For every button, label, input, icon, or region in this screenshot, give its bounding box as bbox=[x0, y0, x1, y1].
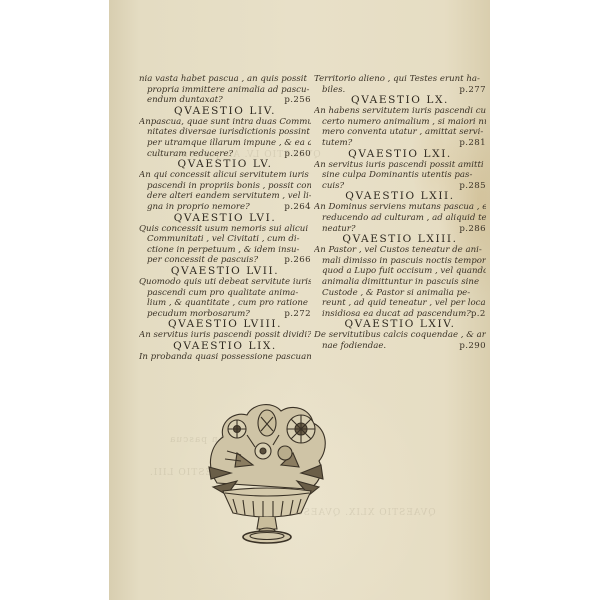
page-reference: p.256 bbox=[284, 95, 311, 106]
entry-text-last: nae fodiendae. p.290 bbox=[314, 341, 486, 352]
flower-vase-woodcut-icon bbox=[197, 395, 337, 545]
index-entry: QVAESTIO LVI. Quis concessit usum nemori… bbox=[139, 213, 311, 266]
quaestio-heading: QVAESTIO LXIII. bbox=[314, 234, 486, 245]
index-entry: QVAESTIO LX. An habens servitutem iuris … bbox=[314, 95, 486, 148]
index-entry: QVAESTIO LVIII. An servitus iuris pascen… bbox=[139, 319, 311, 341]
index-entry: QVAESTIO LVII. Quomodo quis uti debeat s… bbox=[139, 266, 311, 319]
entry-text: reunt , ad quid teneatur , vel per loca bbox=[314, 298, 486, 309]
index-entry: QVAESTIO LXI. An servitus iuris pascendi… bbox=[314, 149, 486, 192]
quaestio-heading: QVAESTIO LX. bbox=[314, 95, 486, 106]
entry-text: An servitus iuris pascendi possit amitti bbox=[314, 160, 486, 171]
entry-text: Territorio alieno , qui Testes erunt ha- bbox=[314, 74, 486, 85]
entry-text: propria immittere animalia ad pascu- bbox=[139, 85, 311, 96]
entry-text: animalia dimittuntur in pascuis sine bbox=[314, 277, 486, 288]
entry-text: An Pastor , vel Custos teneatur de ani- bbox=[314, 245, 486, 256]
entry-text: Quis concessit usum nemoris sui alicui bbox=[139, 224, 311, 235]
entry-text: Custode , & Pastor si animalia pe- bbox=[314, 288, 486, 299]
quaestio-heading: QVAESTIO LVIII. bbox=[139, 319, 311, 330]
entry-text: pascendi cum pro qualitate anima- bbox=[139, 288, 311, 299]
index-entry: QVAESTIO LXIII. An Pastor , vel Custos t… bbox=[314, 234, 486, 319]
entry-text: ctione in perpetuum , & idem insu- bbox=[139, 245, 311, 256]
quaestio-heading: QVAESTIO LVII. bbox=[139, 266, 311, 277]
quaestio-heading: QVAESTIO LXI. bbox=[314, 149, 486, 160]
entry-text: quod a Lupo fuit occisum , vel quando bbox=[314, 266, 486, 277]
entry-text: pascendi in propriis bonis , possit conc… bbox=[139, 181, 311, 192]
entry-text: dere alteri eandem servitutem , vel li- bbox=[139, 191, 311, 202]
entry-text: Communitati , vel Civitati , cum di- bbox=[139, 234, 311, 245]
page-reference: p.264 bbox=[284, 202, 311, 213]
entry-text: per utramque illarum impune , & ea ad bbox=[139, 138, 311, 149]
entry-text: An habens servitutem iuris pascendi cum bbox=[314, 106, 486, 117]
index-entry: nia vasta habet pascua , an quis possit … bbox=[139, 74, 311, 106]
page-reference: p.286 bbox=[459, 224, 486, 235]
entry-text: An qui concessit alicui servitutem iuris bbox=[139, 170, 311, 181]
page-reference: p.272 bbox=[284, 309, 311, 320]
index-entry: QVAESTIO LIV. Anpascua, quae sunt intra … bbox=[139, 106, 311, 159]
index-entry: QVAESTIO LXIV. De servitutibus calcis co… bbox=[314, 319, 486, 351]
index-entry: QVAESTIO LV. An qui concessit alicui ser… bbox=[139, 159, 311, 212]
page-reference: p.277 bbox=[459, 85, 486, 96]
index-entry: QVAESTIO LXII. An Dominus serviens mutan… bbox=[314, 191, 486, 234]
entry-text: In probanda quasi possessione pascuandi … bbox=[139, 352, 311, 363]
book-page: QVAESTIO LV. An qui concessit QVAESTIO L… bbox=[109, 0, 490, 600]
entry-text: nia vasta habet pascua , an quis possit bbox=[139, 74, 311, 85]
entry-text-last: gna in proprio nemore? p.264 bbox=[139, 202, 311, 213]
index-entry: Territorio alieno , qui Testes erunt ha-… bbox=[314, 74, 486, 95]
page-reference: p.287 bbox=[471, 309, 486, 320]
entry-text: certo numero animalium , si maiori nu- bbox=[314, 117, 486, 128]
page-reference: p.260 bbox=[284, 149, 311, 160]
entry-text: reducendo ad culturam , ad aliquid te- bbox=[314, 213, 486, 224]
index-column-right: Territorio alieno , qui Testes erunt ha-… bbox=[314, 74, 486, 351]
page-reference: p.281 bbox=[459, 138, 486, 149]
page-reference: p.290 bbox=[459, 341, 486, 352]
entry-text-last: tutem? p.281 bbox=[314, 138, 486, 149]
entry-text: An Dominus serviens mutans pascua , ea bbox=[314, 202, 486, 213]
entry-text: Quomodo quis uti debeat servitute iuris bbox=[139, 277, 311, 288]
entry-text: mali dimisso in pascuis noctis tempore, bbox=[314, 256, 486, 267]
entry-text: mero conventa utatur , amittat servi- bbox=[314, 127, 486, 138]
page-reference: p.266 bbox=[284, 255, 311, 266]
entry-text: lium , & quantitate , cum pro ratione bbox=[139, 298, 311, 309]
quaestio-heading: QVAESTIO LV. bbox=[139, 159, 311, 170]
entry-text: Anpascua, quae sunt intra duas Commu- bbox=[139, 117, 311, 128]
index-entry: QVAESTIO LIX. In probanda quasi possessi… bbox=[139, 341, 311, 363]
quaestio-heading: QVAESTIO LVI. bbox=[139, 213, 311, 224]
index-column-left: nia vasta habet pascua , an quis possit … bbox=[139, 74, 311, 362]
page-reference: p.285 bbox=[459, 181, 486, 192]
quaestio-heading: QVAESTIO LIX. bbox=[139, 341, 311, 352]
entry-text: De servitutibus calcis coquendae , & are… bbox=[314, 330, 486, 341]
quaestio-heading: QVAESTIO LXIV. bbox=[314, 319, 486, 330]
quaestio-heading: QVAESTIO LXII. bbox=[314, 191, 486, 202]
quaestio-heading: QVAESTIO LIV. bbox=[139, 106, 311, 117]
entry-text: nitates diversae iurisdictionis possint bbox=[139, 127, 311, 138]
entry-text: sine culpa Dominantis utentis pas- bbox=[314, 170, 486, 181]
